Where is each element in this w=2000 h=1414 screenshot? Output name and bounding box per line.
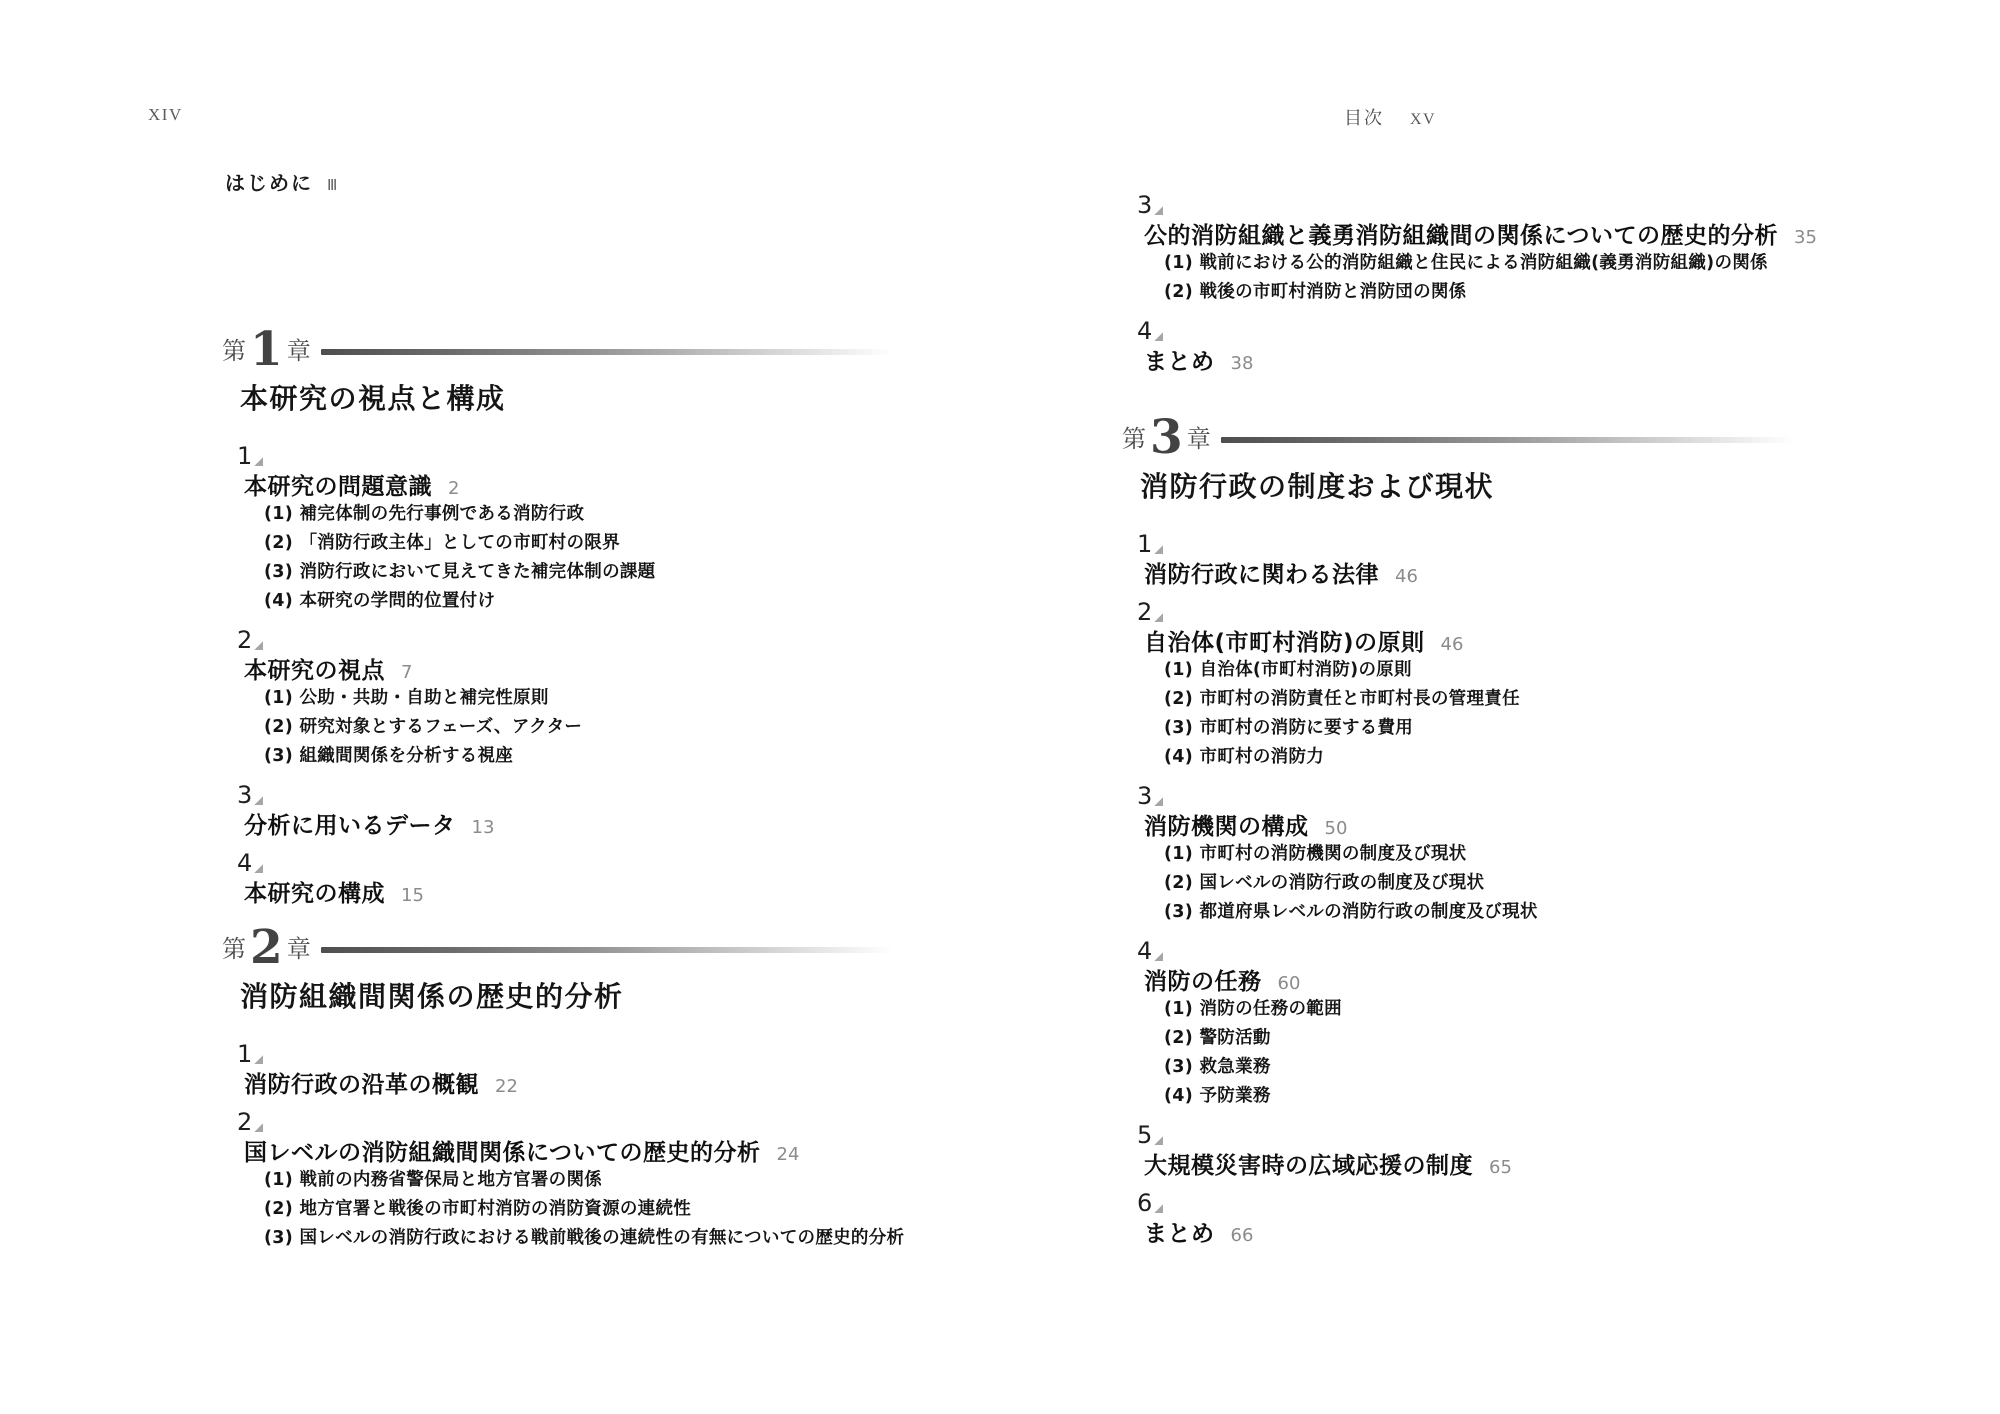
- subsection-entry: (2) 戦後の市町村消防と消防団の関係: [1164, 283, 1842, 301]
- section-title: 分析に用いるデータ: [244, 807, 456, 840]
- chapter-1-sections: 1本研究の問題意識2(1) 補完体制の先行事例である消防行政(2) 「消防行政主…: [222, 444, 942, 901]
- chapter-2-heading: 第 2 章: [222, 926, 942, 974]
- toc-section: 2国レベルの消防組織間関係についての歴史的分析24(1) 戦前の内務省警保局と地…: [222, 1110, 942, 1247]
- section-title: 消防機関の構成: [1144, 808, 1309, 841]
- section-number-row: 1: [237, 444, 942, 468]
- section-number-row: 2: [237, 1110, 942, 1134]
- section-page-number: 60: [1278, 973, 1301, 994]
- toc-section: 3消防機関の構成50(1) 市町村の消防機関の制度及び現状(2) 国レベルの消防…: [1122, 784, 1842, 921]
- corner-triangle-icon: [1154, 952, 1163, 961]
- section-number-row: 2: [1137, 600, 1842, 624]
- chapter-2-continued-sections: 3公的消防組織と義勇消防組織間の関係についての歴史的分析35(1) 戦前における…: [1122, 193, 1842, 369]
- section-page-number: 2: [448, 478, 459, 499]
- chapter-1-heading: 第 1 章: [222, 328, 942, 376]
- section-number: 5: [1137, 1123, 1152, 1147]
- section-title-row: 消防行政の沿革の概観22: [244, 1066, 942, 1092]
- section-number-row: 3: [237, 783, 942, 807]
- chapter-3-sections: 1消防行政に関わる法律462自治体(市町村消防)の原則46(1) 自治体(市町村…: [1122, 532, 1842, 1241]
- section-title-row: 消防の任務60: [1144, 963, 1842, 989]
- section-number: 1: [237, 444, 252, 468]
- toc-section: 3公的消防組織と義勇消防組織間の関係についての歴史的分析35(1) 戦前における…: [1122, 193, 1842, 301]
- corner-triangle-icon: [254, 864, 263, 873]
- section-number: 3: [237, 783, 252, 807]
- subsection-entry: (1) 自治体(市町村消防)の原則: [1164, 661, 1842, 679]
- section-page-number: 22: [495, 1076, 518, 1097]
- left-page-folio: XIV: [148, 105, 183, 125]
- intro-entry: はじめに Ⅲ: [225, 167, 337, 196]
- section-page-number: 24: [777, 1144, 800, 1165]
- subsection-entry: (3) 国レベルの消防行政における戦前戦後の連続性の有無についての歴史的分析: [264, 1229, 942, 1247]
- section-number: 4: [1137, 319, 1152, 343]
- section-number: 3: [1137, 784, 1152, 808]
- corner-triangle-icon: [1154, 206, 1163, 215]
- chapter-rule: [321, 947, 893, 953]
- subsection-entry: (1) 戦前の内務省警保局と地方官署の関係: [264, 1171, 942, 1189]
- section-title-row: 大規模災害時の広域応援の制度65: [1144, 1147, 1842, 1173]
- subsection-entry: (2) 警防活動: [1164, 1029, 1842, 1047]
- section-page-number: 15: [401, 885, 424, 906]
- section-page-number: 50: [1325, 818, 1348, 839]
- right-page-folio: XV: [1410, 111, 1436, 129]
- corner-triangle-icon: [254, 796, 263, 805]
- corner-triangle-icon: [254, 1055, 263, 1064]
- toc-section: 1消防行政の沿革の概観22: [222, 1042, 942, 1092]
- section-page-number: 46: [1395, 566, 1418, 587]
- subsection-entry: (2) 研究対象とするフェーズ、アクター: [264, 718, 942, 736]
- toc-section: 4本研究の構成15: [222, 851, 942, 901]
- section-title-row: 公的消防組織と義勇消防組織間の関係についての歴史的分析35: [1144, 217, 1842, 243]
- subsection-entry: (3) 救急業務: [1164, 1058, 1842, 1076]
- section-number-row: 3: [1137, 193, 1842, 217]
- section-number: 1: [237, 1042, 252, 1066]
- section-title: まとめ: [1144, 343, 1215, 376]
- right-page-header: 目次 XV: [1344, 104, 1436, 130]
- section-page-number: 38: [1231, 353, 1254, 374]
- subsection-entry: (3) 市町村の消防に要する費用: [1164, 719, 1842, 737]
- toc-section: 2自治体(市町村消防)の原則46(1) 自治体(市町村消防)の原則(2) 市町村…: [1122, 600, 1842, 766]
- section-number: 2: [1137, 600, 1152, 624]
- section-title-row: 国レベルの消防組織間関係についての歴史的分析24: [244, 1134, 942, 1160]
- section-page-number: 7: [401, 662, 412, 683]
- chapter-1-title: 本研究の視点と構成: [240, 382, 942, 418]
- corner-triangle-icon: [254, 1123, 263, 1132]
- chapter-suffix: 章: [1187, 428, 1211, 452]
- subsection-entry: (2) 「消防行政主体」としての市町村の限界: [264, 534, 942, 552]
- subsection-entry: (1) 補完体制の先行事例である消防行政: [264, 505, 942, 523]
- section-title: 国レベルの消防組織間関係についての歴史的分析: [244, 1134, 761, 1167]
- section-number-row: 4: [1137, 939, 1842, 963]
- section-page-number: 66: [1231, 1225, 1254, 1246]
- section-title: 消防の任務: [1144, 963, 1262, 996]
- section-title: 消防行政に関わる法律: [1144, 556, 1379, 589]
- chapter-3-heading: 第 3 章: [1122, 416, 1842, 464]
- toc-section: 4消防の任務60(1) 消防の任務の範囲(2) 警防活動(3) 救急業務(4) …: [1122, 939, 1842, 1105]
- subsection-entry: (4) 予防業務: [1164, 1087, 1842, 1105]
- section-number-row: 3: [1137, 784, 1842, 808]
- section-number-row: 5: [1137, 1123, 1842, 1147]
- section-title-row: まとめ66: [1144, 1215, 1842, 1241]
- section-title: 本研究の視点: [244, 652, 385, 685]
- toc-header-label: 目次: [1344, 104, 1384, 130]
- corner-triangle-icon: [1154, 545, 1163, 554]
- subsection-entry: (1) 公助・共助・自助と補完性原則: [264, 689, 942, 707]
- section-number: 1: [1137, 532, 1152, 556]
- corner-triangle-icon: [1154, 613, 1163, 622]
- section-title: 本研究の問題意識: [244, 468, 432, 501]
- corner-triangle-icon: [1154, 332, 1163, 341]
- section-number: 6: [1137, 1191, 1152, 1215]
- chapter-3-title: 消防行政の制度および現状: [1140, 470, 1842, 506]
- section-number-row: 4: [237, 851, 942, 875]
- section-number: 4: [1137, 939, 1152, 963]
- toc-section: 1消防行政に関わる法律46: [1122, 532, 1842, 582]
- section-title-row: 自治体(市町村消防)の原則46: [1144, 624, 1842, 650]
- subsection-entry: (3) 組織間関係を分析する視座: [264, 747, 942, 765]
- section-number-row: 6: [1137, 1191, 1842, 1215]
- subsection-entry: (4) 本研究の学問的位置付け: [264, 592, 942, 610]
- chapter-2: 第 2 章 消防組織間関係の歴史的分析 1消防行政の沿革の概観222国レベルの消…: [222, 926, 942, 1247]
- chapter-suffix: 章: [287, 938, 311, 962]
- section-title: 大規模災害時の広域応援の制度: [1144, 1147, 1473, 1180]
- section-number: 3: [1137, 193, 1152, 217]
- section-number-row: 4: [1137, 319, 1842, 343]
- section-title: 公的消防組織と義勇消防組織間の関係についての歴史的分析: [1144, 217, 1778, 250]
- toc-section: 5大規模災害時の広域応援の制度65: [1122, 1123, 1842, 1173]
- corner-triangle-icon: [1154, 1204, 1163, 1213]
- section-page-number: 35: [1794, 227, 1817, 248]
- section-number: 4: [237, 851, 252, 875]
- section-title: 本研究の構成: [244, 875, 385, 908]
- section-title-row: まとめ38: [1144, 343, 1842, 369]
- subsection-entry: (2) 市町村の消防責任と市町村長の管理責任: [1164, 690, 1842, 708]
- corner-triangle-icon: [1154, 1136, 1163, 1145]
- corner-triangle-icon: [254, 457, 263, 466]
- chapter-prefix: 第: [222, 340, 246, 364]
- toc-section: 1本研究の問題意識2(1) 補完体制の先行事例である消防行政(2) 「消防行政主…: [222, 444, 942, 610]
- section-title-row: 消防機関の構成50: [1144, 808, 1842, 834]
- section-number-row: 2: [237, 628, 942, 652]
- chapter-1: 第 1 章 本研究の視点と構成 1本研究の問題意識2(1) 補完体制の先行事例で…: [222, 328, 942, 901]
- chapter-3: 第 3 章 消防行政の制度および現状 1消防行政に関わる法律462自治体(市町村…: [1122, 416, 1842, 1241]
- chapter-2-continued: 3公的消防組織と義勇消防組織間の関係についての歴史的分析35(1) 戦前における…: [1122, 193, 1842, 369]
- section-title: 消防行政の沿革の概観: [244, 1066, 479, 1099]
- section-title-row: 分析に用いるデータ13: [244, 807, 942, 833]
- section-number: 2: [237, 628, 252, 652]
- section-title-row: 消防行政に関わる法律46: [1144, 556, 1842, 582]
- chapter-rule: [1221, 437, 1793, 443]
- chapter-number: 2: [250, 924, 283, 971]
- intro-label: はじめに: [225, 167, 313, 196]
- section-page-number: 65: [1489, 1157, 1512, 1178]
- toc-section: 2本研究の視点7(1) 公助・共助・自助と補完性原則(2) 研究対象とするフェー…: [222, 628, 942, 765]
- subsection-entry: (3) 都道府県レベルの消防行政の制度及び現状: [1164, 903, 1842, 921]
- chapter-2-title: 消防組織間関係の歴史的分析: [240, 980, 942, 1016]
- chapter-number: 1: [250, 326, 283, 373]
- toc-section: 6まとめ66: [1122, 1191, 1842, 1241]
- chapter-number: 3: [1150, 414, 1183, 461]
- chapter-suffix: 章: [287, 340, 311, 364]
- corner-triangle-icon: [1154, 797, 1163, 806]
- section-number: 2: [237, 1110, 252, 1134]
- section-title-row: 本研究の視点7: [244, 652, 942, 678]
- section-page-number: 13: [472, 817, 495, 838]
- chapter-rule: [321, 349, 893, 355]
- toc-spread: XIV 目次 XV はじめに Ⅲ 第 1 章 本研究の視点と構成 1本研究の問題…: [0, 0, 2000, 1414]
- subsection-entry: (1) 消防の任務の範囲: [1164, 1000, 1842, 1018]
- chapter-prefix: 第: [1122, 428, 1146, 452]
- section-number-row: 1: [237, 1042, 942, 1066]
- corner-triangle-icon: [254, 641, 263, 650]
- subsection-entry: (2) 国レベルの消防行政の制度及び現状: [1164, 874, 1842, 892]
- subsection-entry: (1) 戦前における公的消防組織と住民による消防組織(義勇消防組織)の関係: [1164, 254, 1842, 272]
- toc-section: 3分析に用いるデータ13: [222, 783, 942, 833]
- subsection-entry: (4) 市町村の消防力: [1164, 748, 1842, 766]
- section-title-row: 本研究の構成15: [244, 875, 942, 901]
- chapter-2-sections: 1消防行政の沿革の概観222国レベルの消防組織間関係についての歴史的分析24(1…: [222, 1042, 942, 1247]
- section-page-number: 46: [1441, 634, 1464, 655]
- section-number-row: 1: [1137, 532, 1842, 556]
- chapter-prefix: 第: [222, 938, 246, 962]
- section-title: 自治体(市町村消防)の原則: [1144, 624, 1425, 657]
- section-title: まとめ: [1144, 1215, 1215, 1248]
- section-title-row: 本研究の問題意識2: [244, 468, 942, 494]
- toc-section: 4まとめ38: [1122, 319, 1842, 369]
- subsection-entry: (1) 市町村の消防機関の制度及び現状: [1164, 845, 1842, 863]
- intro-page-number: Ⅲ: [327, 176, 337, 195]
- subsection-entry: (3) 消防行政において見えてきた補完体制の課題: [264, 563, 942, 581]
- subsection-entry: (2) 地方官署と戦後の市町村消防の消防資源の連続性: [264, 1200, 942, 1218]
